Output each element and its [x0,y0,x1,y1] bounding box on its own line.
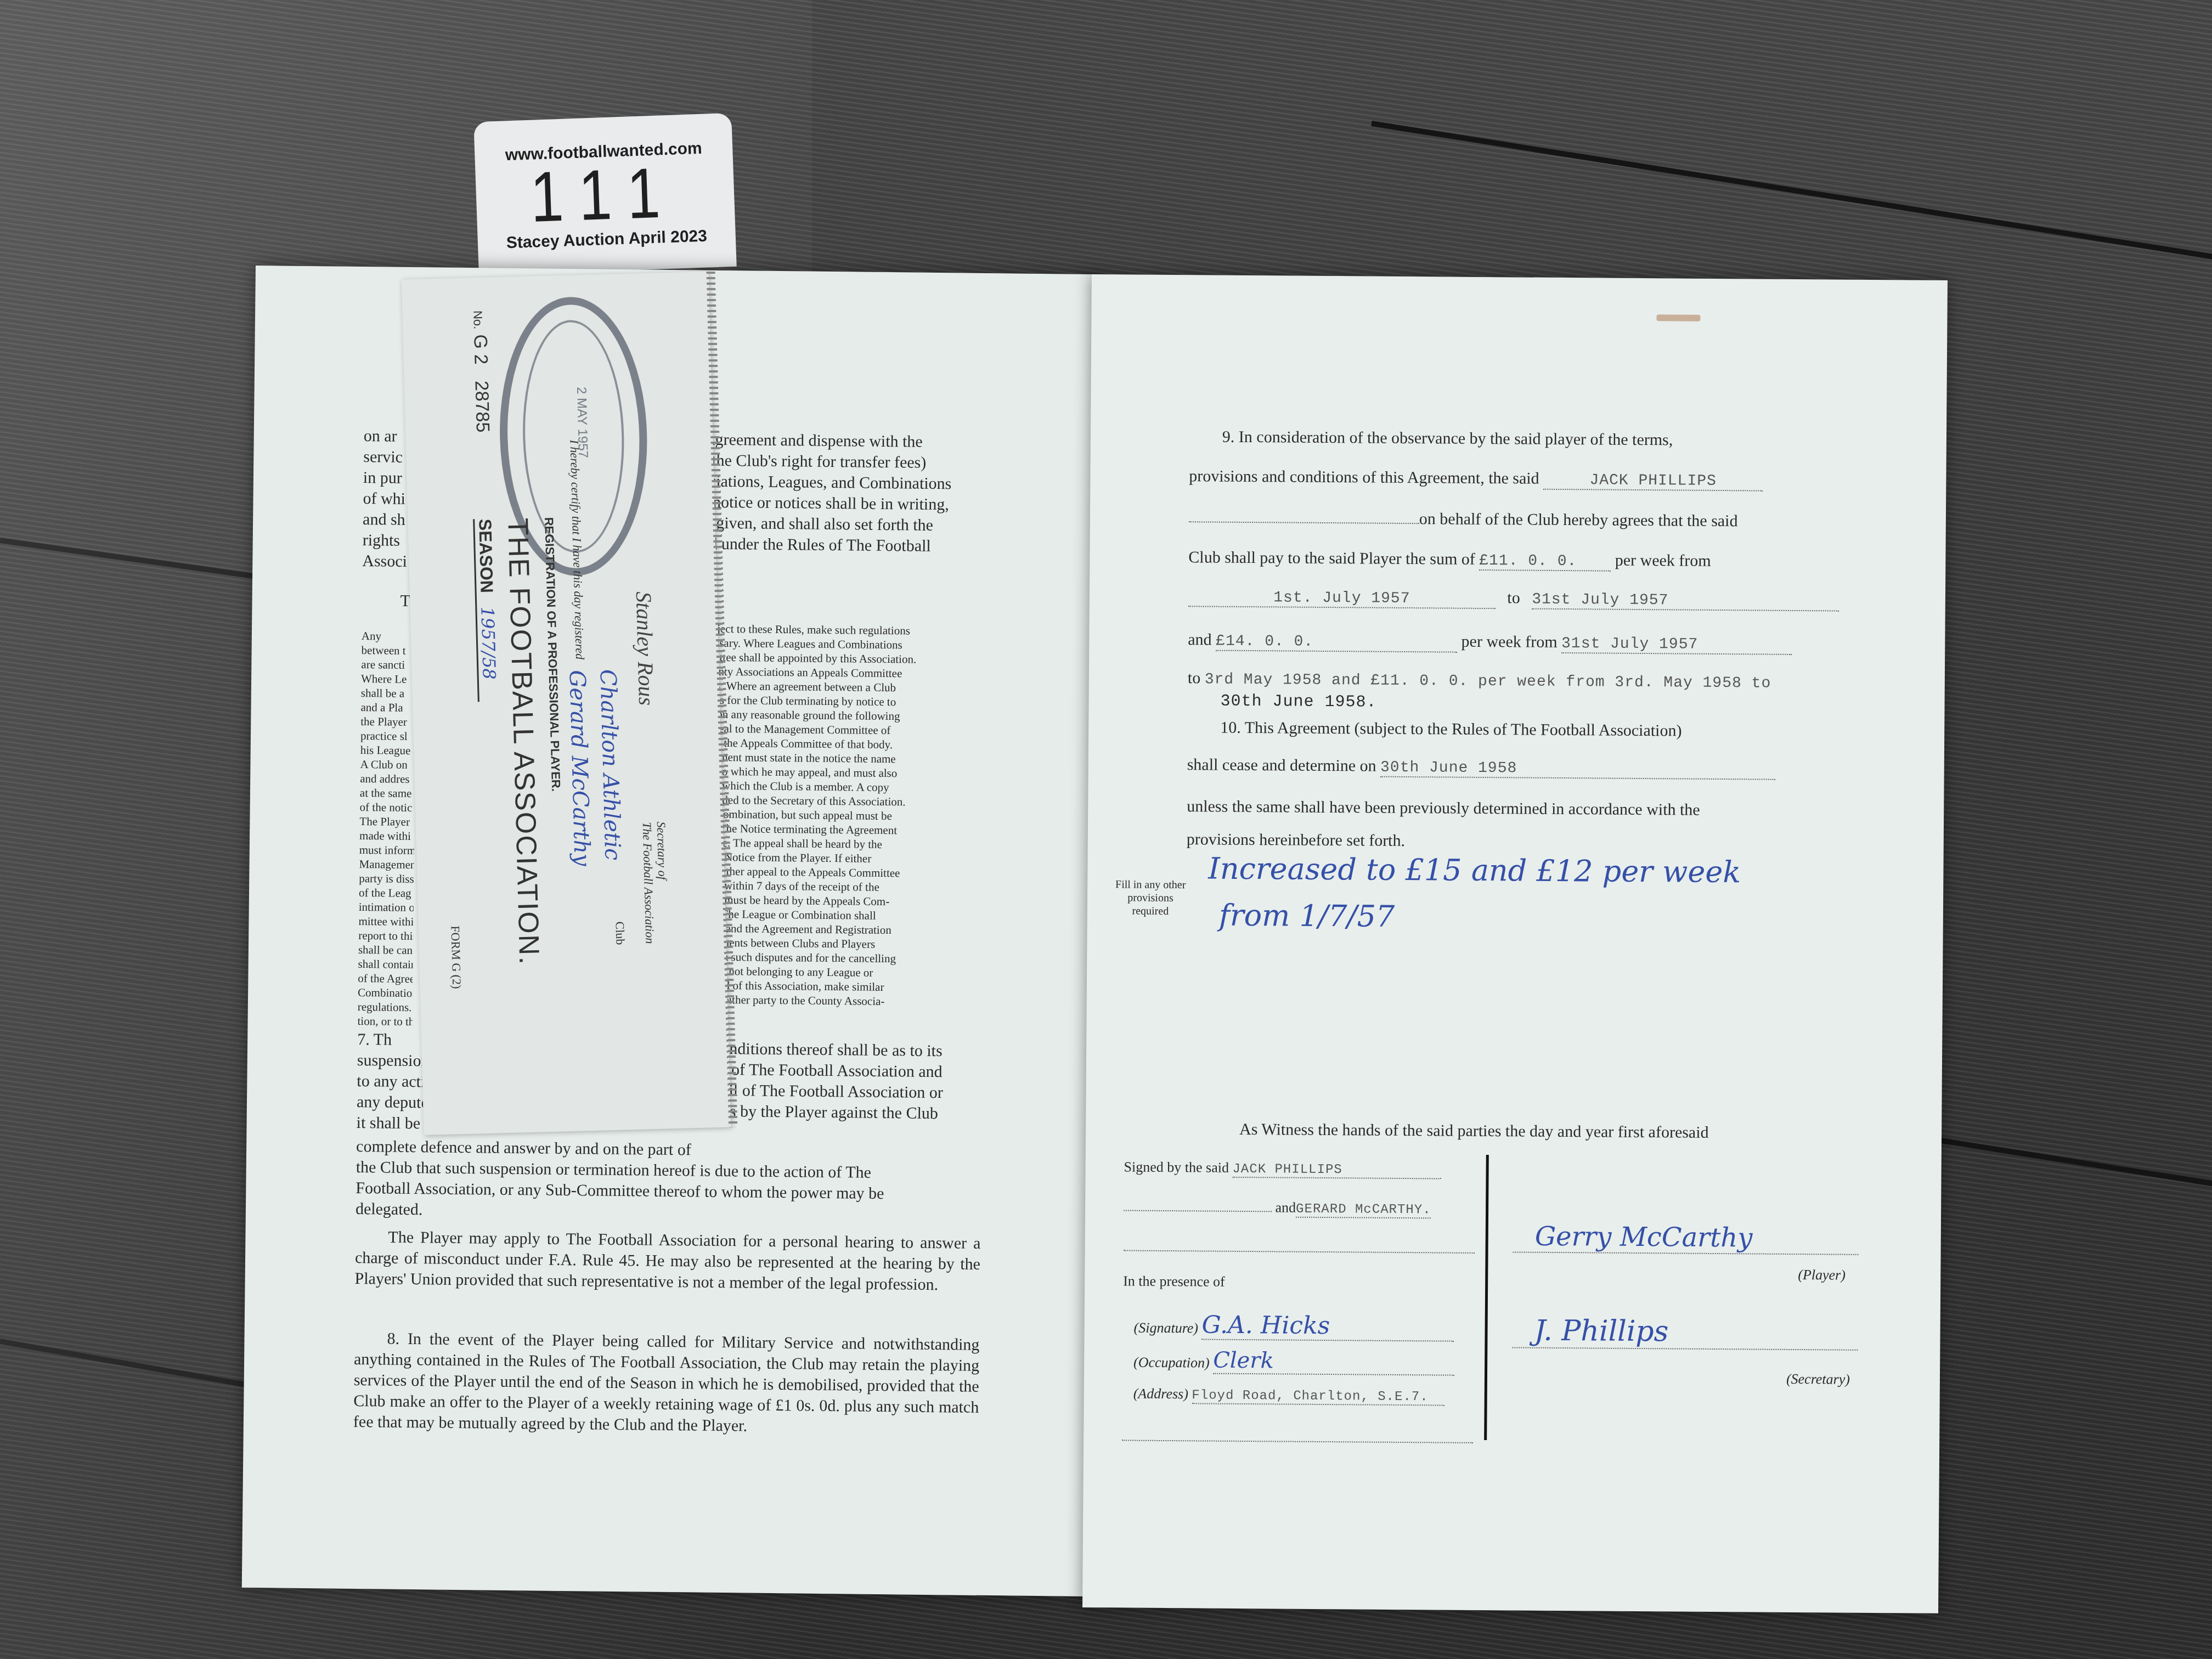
text-line: Where Le [361,672,416,686]
secretary-label: Secretary of The Football Association [640,821,672,944]
staple [1656,314,1700,321]
auction-lot-label: www.footballwanted.com 111 Stacey Auctio… [473,113,736,275]
text-line: of the Leag [359,885,414,900]
text-line: at the same [360,786,415,800]
signature-divider [1484,1155,1489,1440]
club-signatory-field: JACK PHILLIPS [1543,472,1763,492]
secretary-signature: J. Phillips [1512,1314,1858,1350]
clause-10-line-1: 10. This Agreement (subject to the Rules… [1220,719,1681,741]
wage-2-field: £14. 0. 0. [1216,633,1457,653]
text-line: The Player [359,814,414,829]
text-line: 7. Th [357,1029,417,1051]
text-line: and addres [360,771,415,786]
clause-10-line-4: provisions hereinbefore set forth. [1187,830,1405,850]
text-line: of the notic [360,800,415,815]
registered-club-name: Charlton Athletic [595,669,625,861]
witness-occupation-line: (Occupation) Clerk [1133,1347,1454,1376]
text-line: ngs by the Player against the Club [713,1101,982,1125]
text-line: Any [362,629,416,644]
text-line: A Club on [360,757,415,772]
hearing-paragraph: The Player may apply to The Football Ass… [354,1227,980,1296]
from-date-2-field: 31st July 1957 [1561,635,1792,655]
and-line: andGERARD McCARTHY. [1124,1198,1431,1218]
player-signature-line: Gerry McCarthy [1513,1221,1859,1255]
secretary-signature-line: J. Phillips [1512,1314,1858,1350]
text-line: es of The Football Association and [713,1059,982,1083]
clause-9-line-2: provisions and conditions of this Agreem… [1189,467,1763,491]
clause-7-left: 7. Thsuspensionto any actioany deputedit… [356,1029,417,1134]
text-line: are sancti [361,657,416,672]
slip-number: No. G 2 28785 [469,310,493,432]
witness-address-line: (Address) Floyd Road, Charlton, S.E.7. [1133,1386,1444,1406]
signed-by-line: Signed by the said JACK PHILLIPS [1124,1159,1441,1179]
clause-8: 8. In the event of the Player being call… [353,1328,980,1439]
lot-number: 111 [475,154,735,235]
to-date-1-field: 31st July 1957 [1532,591,1839,612]
text-line: shall be a [361,686,416,701]
text-line: it shall be a [356,1113,416,1134]
text-line: mittee withi [358,914,413,929]
fa-secretary-signature: Stanley Rous [631,591,659,706]
text-line: shall contain [358,957,413,972]
text-line: shall be can [358,943,413,957]
text-line: tion, or to thi [357,1014,412,1029]
wage-1-field: £11. 0. 0. [1479,552,1611,572]
text-line: of the Agree [358,971,413,986]
witness-signature-line: (Signature) G.A. Hicks [1133,1311,1454,1342]
text-line: his League [360,743,415,758]
text-line: party is diss [359,871,414,886]
end-date-field: 30th June 1958 [1380,759,1775,780]
blank-line [1124,1237,1475,1257]
text-line: the Player [360,714,415,729]
text-line: between t [362,643,416,658]
clause-9-line-3: on behalf of the Club hereby agrees that… [1189,508,1738,531]
clause-9-line-4: Club shall pay to the said Player the su… [1188,548,1711,572]
club-label: Club [612,921,627,945]
player-label: (Player) [1798,1267,1846,1284]
registered-player-name: Gerard McCarthy [564,670,594,866]
clause-9-line-1: 9. In consideration of the observance by… [1222,428,1673,450]
text-line: to any actio [357,1071,417,1092]
text-line: any deputed [357,1092,417,1113]
text-line: practice sl [360,729,415,743]
clause-9-continuation-2: 30th June 1958. [1220,692,1376,712]
registration-slip: 2 MAY 1957 No. G 2 28785 SEASON 1957/58 … [402,272,731,1135]
handwritten-provision-1: Increased to £15 and £12 per week [1208,851,1741,890]
form-code: FORM G (2) [448,926,464,989]
text-line: suspension [357,1050,417,1071]
slip-title: THE FOOTBALL ASSOCIATION. [501,517,545,966]
clause-10-line-3: unless the same shall have been previous… [1187,797,1700,820]
text-line: ncil of The Football Association or [713,1080,982,1104]
secretary-label: (Secretary) [1786,1371,1850,1388]
text-line: Combination [358,985,413,1000]
clause-9-dates-1: 1st. July 1957 to 31st July 1957 [1188,586,1839,611]
text-line: intimation o [359,900,414,915]
left-small-column: Anybetween tare sanctiWhere Leshall be a… [357,629,416,1029]
clause-7-right: conditions thereof shall be as to itses … [713,1039,983,1125]
text-line: conditions thereof shall be as to its [714,1039,983,1062]
season-line: SEASON 1957/58 [473,518,500,702]
presence-label: In the presence of [1123,1273,1225,1290]
text-line: regulations. [358,1000,413,1014]
clause-7-body: complete defence and answer by and on th… [356,1136,982,1226]
text-line: must inform [359,843,414,857]
clause-9-continuation: to 3rd May 1958 and £11. 0. 0. per week … [1188,669,1771,692]
address-blank-line [1122,1426,1473,1447]
clause-10-line-2: shall cease and determine on 30th June 1… [1187,755,1776,780]
text-line: Managemen [359,857,414,872]
handwritten-provision-2: from 1/7/57 [1219,898,1395,934]
other-provisions-label: Fill in any other provisions required [1115,878,1186,918]
witness-heading: As Witness the hands of the said parties… [1239,1120,1709,1142]
text-line: and a Pla [360,700,415,715]
text-line: made withi [359,828,414,843]
contract-page-right: 9. In consideration of the observance by… [1082,274,1948,1613]
player-signature: Gerry McCarthy [1513,1221,1859,1255]
clause-9-wage-2: and £14. 0. 0. per week from 31st July 1… [1188,630,1792,655]
text-line: report to this [358,928,413,943]
from-date-1-field: 1st. July 1957 [1188,589,1496,609]
